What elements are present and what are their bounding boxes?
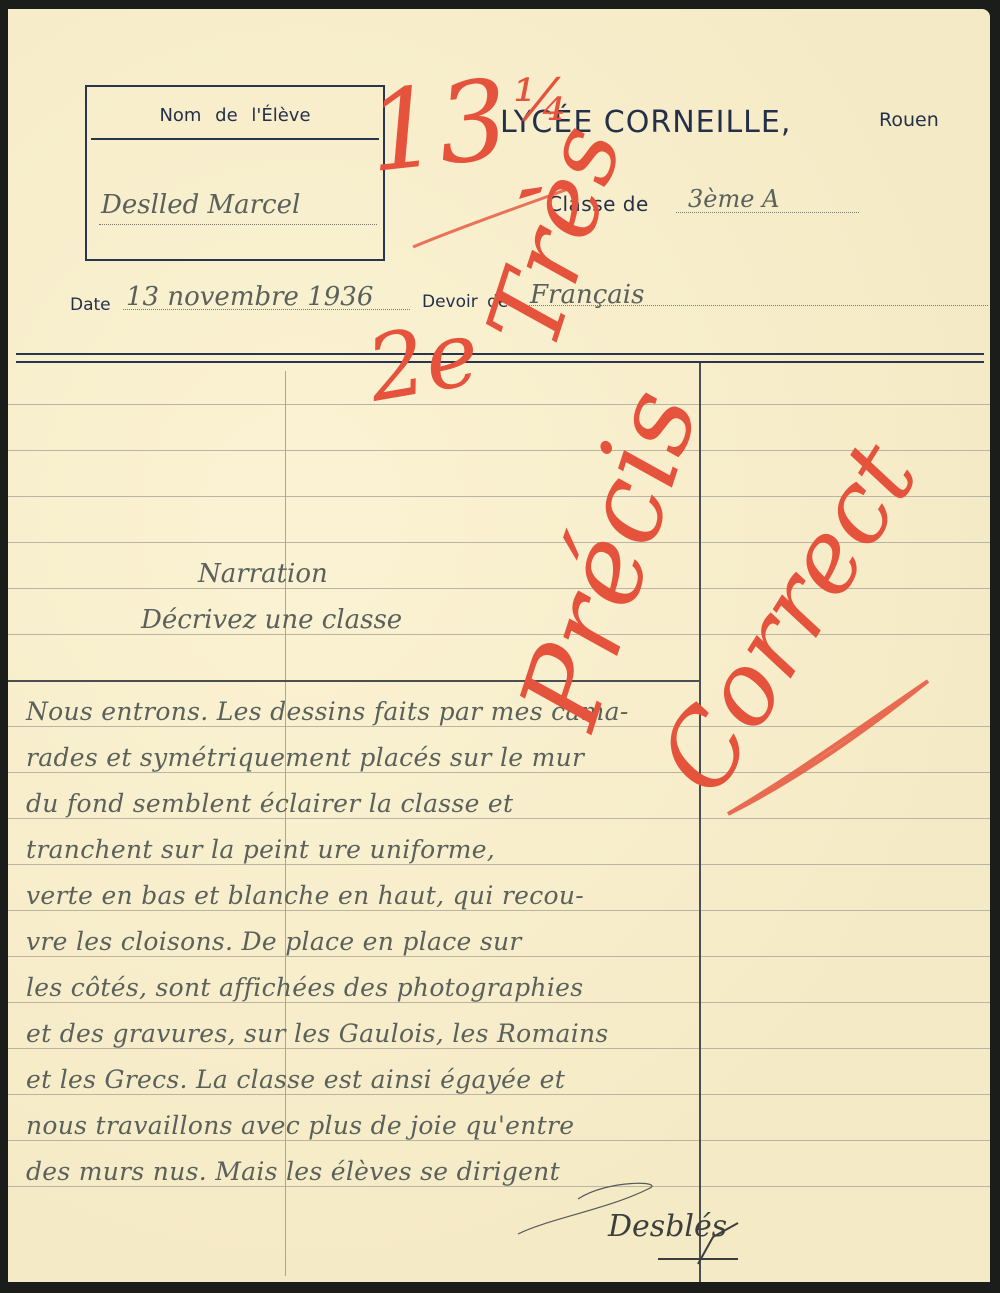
exam-page: Nom de l'Élève Deslled Marcel LYCÉE CORN… (8, 9, 990, 1282)
red-underline-flourish (8, 9, 990, 1282)
